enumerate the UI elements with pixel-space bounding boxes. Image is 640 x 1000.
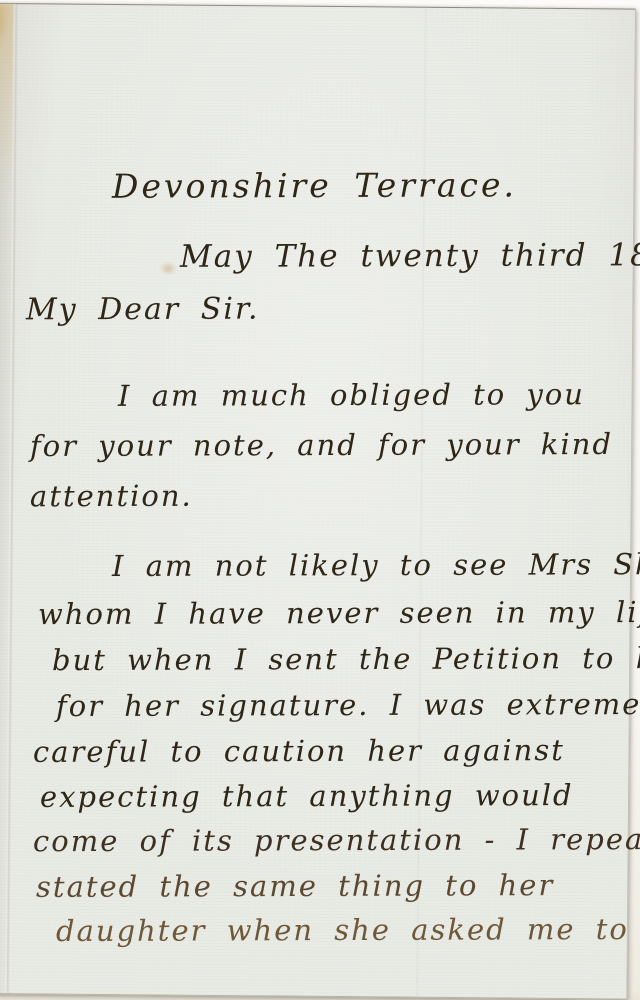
- body-line-5: whom I have never seen in my life;: [38, 595, 640, 631]
- body-line-7: for her signature. I was extremely: [56, 687, 640, 723]
- letter-date-line: May The twenty third 1841.: [180, 237, 640, 275]
- letter-address-line: Devonshire Terrace.: [112, 165, 517, 205]
- body-line-6: but when I sent the Petition to her: [52, 641, 640, 677]
- body-line-3: attention.: [30, 479, 193, 514]
- letter-salutation: My Dear Sir.: [26, 292, 260, 328]
- body-line-2: for your note, and for your kind: [30, 427, 613, 463]
- body-line-10: come of its presentation - I repeatedly: [33, 822, 640, 858]
- body-line-1: I am much obliged to you: [118, 377, 585, 413]
- body-line-4: I am not likely to see Mrs Skilly: [112, 547, 640, 583]
- body-line-8: careful to caution her against: [33, 733, 565, 769]
- fox-spot-stain: [160, 261, 177, 275]
- body-line-12: daughter when she asked me to: [56, 912, 629, 948]
- body-line-11: stated the same thing to her: [36, 868, 554, 904]
- body-line-9: expecting that anything would: [40, 778, 574, 814]
